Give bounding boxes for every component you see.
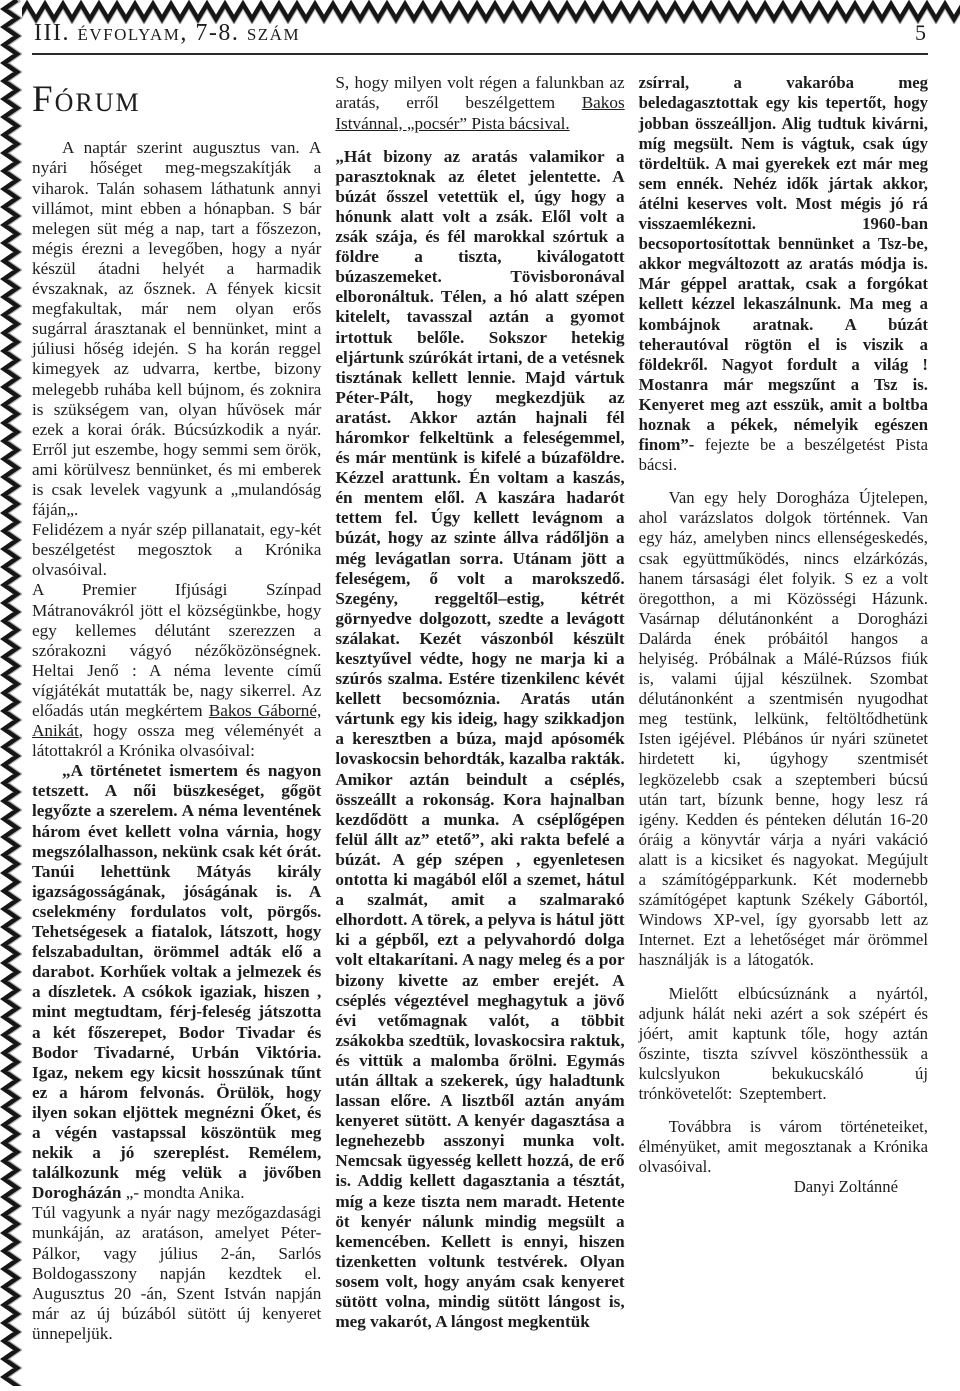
paragraph: Továbbra is várom történeteiket, élményü… xyxy=(639,1117,928,1177)
interview-quote: „A történetet ismertem és nagyon tetszet… xyxy=(32,761,321,1203)
interview-quote: „Hát bizony az aratás valamikor a parasz… xyxy=(335,147,624,1333)
quote-text: zsírral, a vakaróba meg beledagasztottak… xyxy=(639,73,928,454)
column-1: Fórum A naptár szerint augusztus van. A … xyxy=(32,73,321,1344)
column-2: S, hogy milyen volt régen a falunkban az… xyxy=(335,73,624,1332)
newsletter-page: III. évfolyam, 7-8. szám 5 Fórum A naptá… xyxy=(0,0,960,1391)
paragraph: S, hogy milyen volt régen a falunkban az… xyxy=(335,73,624,133)
paragraph: Mielőtt elbúcsúznánk a nyártól, adjunk h… xyxy=(639,984,928,1105)
page-content: III. évfolyam, 7-8. szám 5 Fórum A naptá… xyxy=(26,18,934,1361)
interview-quote: zsírral, a vakaróba meg beledagasztottak… xyxy=(639,73,928,475)
paragraph: Felidézem a nyár szép pillanatait, egy-k… xyxy=(32,520,321,580)
paragraph: A Premier Ifjúsági Színpad Mátranovákról… xyxy=(32,580,321,761)
decorative-zigzag-border-right xyxy=(0,0,22,1386)
paragraph: A naptár szerint augusztus van. A nyári … xyxy=(32,138,321,520)
masthead: III. évfolyam, 7-8. szám 5 xyxy=(32,18,928,46)
columns: Fórum A naptár szerint augusztus van. A … xyxy=(32,73,928,1344)
page-number: 5 xyxy=(915,21,926,45)
author-signature: Danyi Zoltánné xyxy=(639,1177,928,1197)
paragraph: Van egy hely Dorogháza Újtelepen, ahol v… xyxy=(639,488,928,970)
issue-label: III. évfolyam, 7-8. szám xyxy=(34,20,300,46)
page-title: Fórum xyxy=(32,81,321,118)
quote-text: „A történetet ismertem és nagyon tetszet… xyxy=(32,761,321,1202)
paragraph: Túl vagyunk a nyár nagy mezőgazdasági mu… xyxy=(32,1203,321,1344)
masthead-divider xyxy=(32,53,928,55)
paragraph-text: A Premier Ifjúsági Színpad Mátranovákról… xyxy=(32,580,321,720)
column-3: zsírral, a vakaróba meg beledagasztottak… xyxy=(639,73,928,1197)
quote-attribution: „- mondta Anika. xyxy=(121,1183,244,1202)
